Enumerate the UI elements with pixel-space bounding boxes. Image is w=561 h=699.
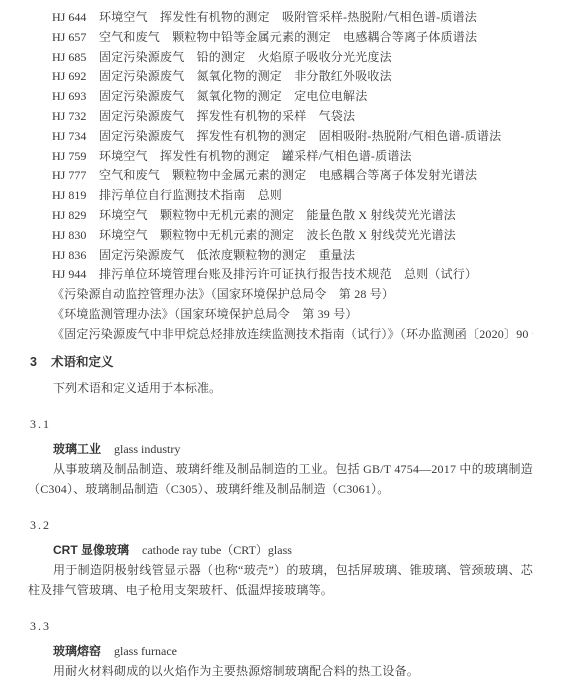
reference-code: HJ 734 (52, 127, 99, 147)
reference-description: 《环境监测管理办法》（国家环境保护总局令 第 39 号） (52, 307, 358, 321)
reference-line: HJ 685固定污染源废气 铅的测定 火焰原子吸收分光光度法 (28, 48, 533, 68)
reference-line: HJ 777空气和废气 颗粒物中金属元素的测定 电感耦合等离子体发射光谱法 (28, 166, 533, 186)
reference-line: HJ 830环境空气 颗粒物中无机元素的测定 波长色散 X 射线荧光光谱法 (28, 226, 533, 246)
reference-line: HJ 732固定污染源废气 挥发性有机物的采样 气袋法 (28, 107, 533, 127)
term-number: 3.1 (30, 414, 533, 434)
reference-description: 《污染源自动监控管理办法》（国家环境保护总局令 第 28 号） (52, 287, 394, 301)
section-number: 3 (30, 355, 37, 369)
terms-intro-paragraph: 下列术语和定义适用于本标准。 (28, 378, 533, 398)
terms-section-heading: 3术语和定义 (28, 352, 533, 372)
reference-description: 固定污染源废气 挥发性有机物的测定 固相吸附-热脱附/气相色谱-质谱法 (99, 129, 501, 143)
term-name-line: 玻璃工业glass industry (28, 439, 533, 459)
reference-description: 空气和废气 颗粒物中铅等金属元素的测定 电感耦合等离子体质谱法 (99, 30, 477, 44)
reference-line: HJ 829环境空气 颗粒物中无机元素的测定 能量色散 X 射线荧光光谱法 (28, 206, 533, 226)
reference-line: HJ 836固定污染源废气 低浓度颗粒物的测定 重量法 (28, 246, 533, 266)
reference-line: 《固定污染源废气中非甲烷总烃排放连续监测技术指南（试行）》（环办监测函〔2020… (28, 325, 533, 345)
reference-code: HJ 944 (52, 265, 99, 285)
reference-description: 排污单位自行监测技术指南 总则 (99, 188, 282, 202)
reference-code: HJ 829 (52, 206, 99, 226)
reference-code: HJ 644 (52, 8, 99, 28)
term-block: 3.1 玻璃工业glass industry 从事玻璃及制品制造、玻璃纤维及制品… (28, 414, 533, 499)
reference-line: HJ 944排污单位环境管理台账及排污许可证执行报告技术规范 总则（试行） (28, 265, 533, 285)
term-number: 3.3 (30, 616, 533, 636)
term-definition: 用于制造阴极射线管显示器（也称“玻壳”）的玻璃，包括屏玻璃、锥玻璃、管颈玻璃、芯… (28, 560, 533, 600)
reference-description: 空气和废气 颗粒物中金属元素的测定 电感耦合等离子体发射光谱法 (99, 168, 477, 182)
term-block: 3.2 CRT 显像玻璃cathode ray tube（CRT）glass 用… (28, 515, 533, 600)
section-title: 术语和定义 (51, 355, 114, 369)
reference-description: 固定污染源废气 铅的测定 火焰原子吸收分光光度法 (99, 50, 392, 64)
term-block: 3.3 玻璃熔窑glass furnace 用耐火材料砌成的以火焰作为主要热源熔… (28, 616, 533, 681)
reference-line: HJ 759环境空气 挥发性有机物的测定 罐采样/气相色谱-质谱法 (28, 147, 533, 167)
reference-code: HJ 685 (52, 48, 99, 68)
reference-line: HJ 657空气和废气 颗粒物中铅等金属元素的测定 电感耦合等离子体质谱法 (28, 28, 533, 48)
reference-description: 排污单位环境管理台账及排污许可证执行报告技术规范 总则（试行） (99, 267, 477, 281)
term-name-en: cathode ray tube（CRT）glass (142, 543, 292, 557)
term-definition: 从事玻璃及制品制造、玻璃纤维及制品制造的工业。包括 GB/T 4754—2017… (28, 459, 533, 499)
reference-description: 《固定污染源废气中非甲烷总烃排放连续监测技术指南（试行）》（环办监测函〔2020… (52, 327, 533, 341)
reference-code: HJ 830 (52, 226, 99, 246)
reference-line: HJ 692固定污染源废气 氮氧化物的测定 非分散红外吸收法 (28, 67, 533, 87)
reference-description: 环境空气 颗粒物中无机元素的测定 能量色散 X 射线荧光光谱法 (99, 208, 456, 222)
term-name-zh: CRT 显像玻璃 (53, 543, 129, 557)
reference-description: 固定污染源废气 氮氧化物的测定 定电位电解法 (99, 89, 367, 103)
reference-description: 环境空气 挥发性有机物的测定 罐采样/气相色谱-质谱法 (99, 149, 412, 163)
term-name-en: glass industry (114, 442, 180, 456)
reference-description: 固定污染源废气 氮氧化物的测定 非分散红外吸收法 (99, 69, 392, 83)
reference-line: HJ 644环境空气 挥发性有机物的测定 吸附管采样-热脱附/气相色谱-质谱法 (28, 8, 533, 28)
reference-code: HJ 732 (52, 107, 99, 127)
reference-line: HJ 819排污单位自行监测技术指南 总则 (28, 186, 533, 206)
reference-code: HJ 777 (52, 166, 99, 186)
reference-description: 固定污染源废气 低浓度颗粒物的测定 重量法 (99, 248, 355, 262)
term-number: 3.2 (30, 515, 533, 535)
reference-line: HJ 693固定污染源废气 氮氧化物的测定 定电位电解法 (28, 87, 533, 107)
term-name-line: CRT 显像玻璃cathode ray tube（CRT）glass (28, 540, 533, 560)
reference-code: HJ 692 (52, 67, 99, 87)
reference-line: HJ 734固定污染源废气 挥发性有机物的测定 固相吸附-热脱附/气相色谱-质谱… (28, 127, 533, 147)
term-name-zh: 玻璃熔窑 (53, 644, 101, 658)
reference-code: HJ 836 (52, 246, 99, 266)
term-name-zh: 玻璃工业 (53, 442, 101, 456)
term-name-en: glass furnace (114, 644, 177, 658)
reference-description: 环境空气 挥发性有机物的测定 吸附管采样-热脱附/气相色谱-质谱法 (99, 10, 477, 24)
reference-code: HJ 657 (52, 28, 99, 48)
reference-code: HJ 693 (52, 87, 99, 107)
reference-code: HJ 819 (52, 186, 99, 206)
term-definition: 用耐火材料砌成的以火焰作为主要热源熔制玻璃配合料的热工设备。 (28, 661, 533, 681)
standard-document-page: HJ 644环境空气 挥发性有机物的测定 吸附管采样-热脱附/气相色谱-质谱法 … (0, 0, 561, 699)
terms-list: 3.1 玻璃工业glass industry 从事玻璃及制品制造、玻璃纤维及制品… (28, 414, 533, 681)
term-name-line: 玻璃熔窑glass furnace (28, 641, 533, 661)
reference-line: 《环境监测管理办法》（国家环境保护总局令 第 39 号） (28, 305, 533, 325)
reference-description: 环境空气 颗粒物中无机元素的测定 波长色散 X 射线荧光光谱法 (99, 228, 456, 242)
reference-code: HJ 759 (52, 147, 99, 167)
normative-references-list: HJ 644环境空气 挥发性有机物的测定 吸附管采样-热脱附/气相色谱-质谱法 … (28, 8, 533, 345)
reference-line: 《污染源自动监控管理办法》（国家环境保护总局令 第 28 号） (28, 285, 533, 305)
reference-description: 固定污染源废气 挥发性有机物的采样 气袋法 (99, 109, 355, 123)
